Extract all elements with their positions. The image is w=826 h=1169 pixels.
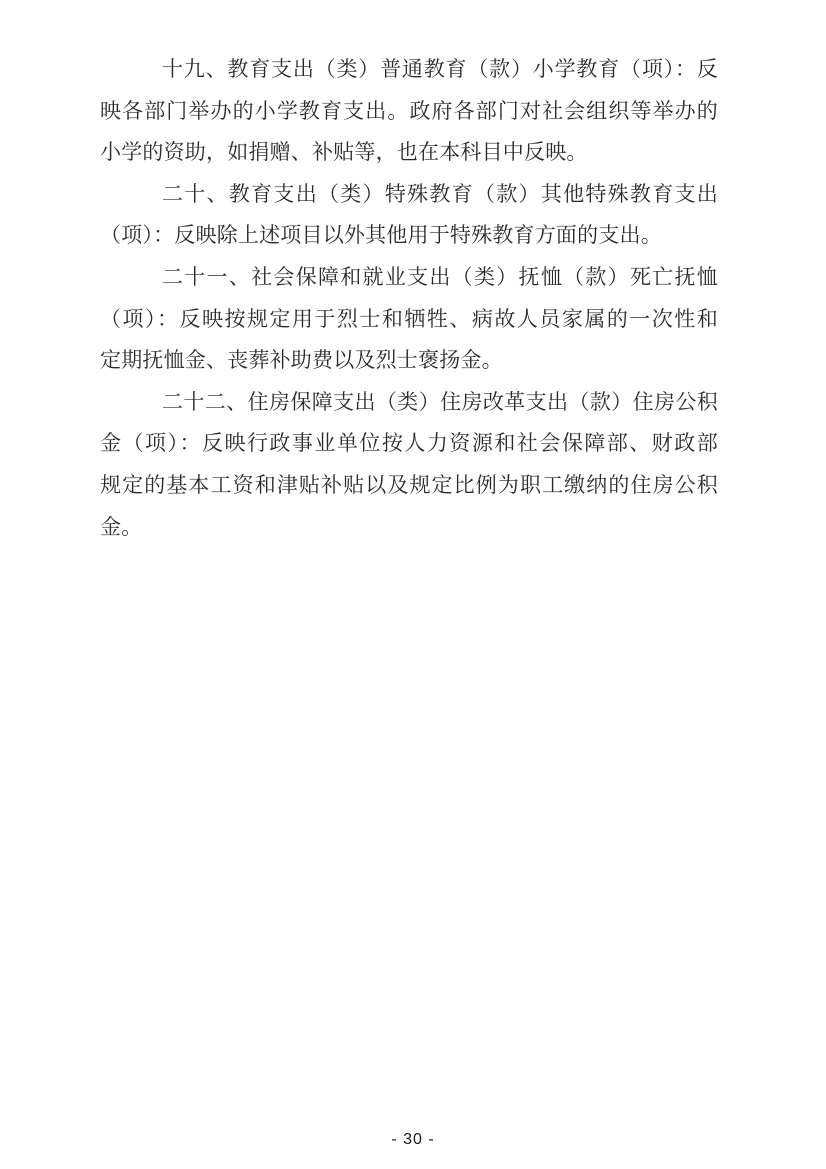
page-footer: - 30 -	[0, 1131, 826, 1149]
text-line: 小学的资助，如捐赠、补贴等，也在本科目中反映。	[100, 132, 718, 174]
paragraph-item-20: 二十、教育支出（类）特殊教育（款）其他特殊教育支出 （项）：反映除上述项目以外其…	[100, 174, 718, 257]
text-line: 二十、教育支出（类）特殊教育（款）其他特殊教育支出	[100, 174, 718, 216]
paragraph-item-22: 二十二、住房保障支出（类）住房改革支出（款）住房公积 金（项）：反映行政事业单位…	[100, 382, 718, 548]
page-number: - 30 -	[391, 1131, 434, 1148]
text-line: 规定的基本工资和津贴补贴以及规定比例为职工缴纳的住房公积	[100, 465, 718, 507]
document-page: 十九、教育支出（类）普通教育（款）小学教育（项）：反 映各部门举办的小学教育支出…	[0, 0, 826, 1169]
text-line: 定期抚恤金、丧葬补助费以及烈士褒扬金。	[100, 340, 718, 382]
text-line: 映各部门举办的小学教育支出。政府各部门对社会组织等举办的	[100, 91, 718, 133]
paragraph-item-19: 十九、教育支出（类）普通教育（款）小学教育（项）：反 映各部门举办的小学教育支出…	[100, 49, 718, 174]
paragraph-item-21: 二十一、社会保障和就业支出（类）抚恤（款）死亡抚恤 （项）：反映按规定用于烈士和…	[100, 257, 718, 382]
text-line: （项）：反映按规定用于烈士和牺牲、病故人员家属的一次性和	[100, 299, 718, 341]
text-line: 二十二、住房保障支出（类）住房改革支出（款）住房公积	[100, 382, 718, 424]
text-line: 十九、教育支出（类）普通教育（款）小学教育（项）：反	[100, 49, 718, 91]
document-body: 十九、教育支出（类）普通教育（款）小学教育（项）：反 映各部门举办的小学教育支出…	[100, 49, 718, 548]
text-line: 金（项）：反映行政事业单位按人力资源和社会保障部、财政部	[100, 423, 718, 465]
text-line: （项）：反映除上述项目以外其他用于特殊教育方面的支出。	[100, 215, 718, 257]
text-line: 二十一、社会保障和就业支出（类）抚恤（款）死亡抚恤	[100, 257, 718, 299]
text-line: 金。	[100, 507, 718, 549]
